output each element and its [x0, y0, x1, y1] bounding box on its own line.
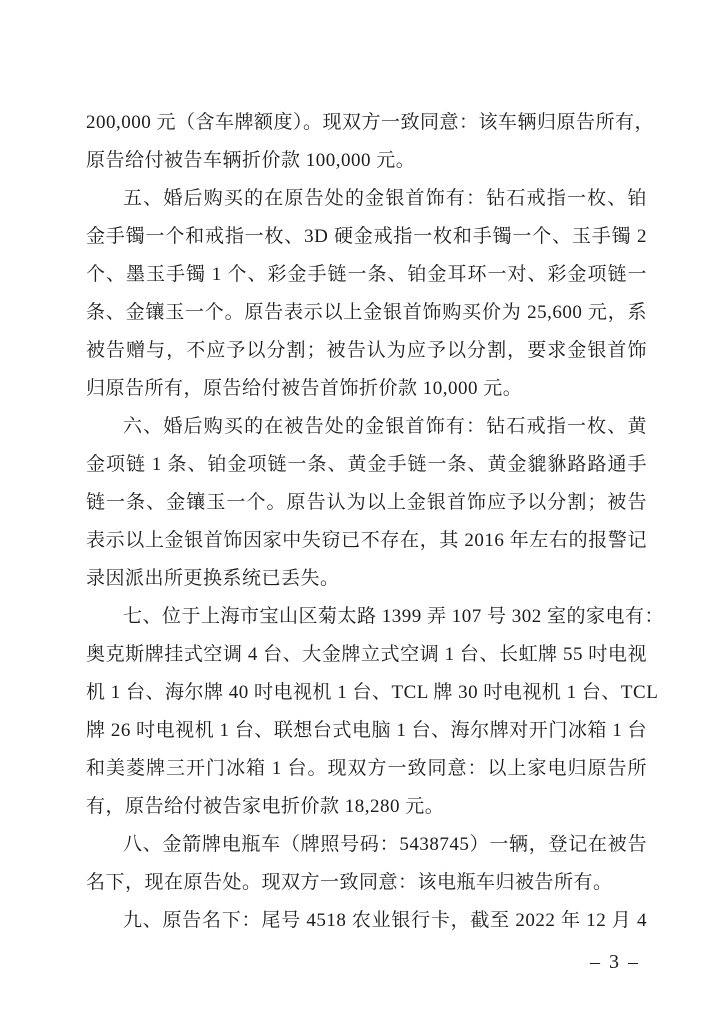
page-number: – 3 – — [590, 948, 640, 976]
document-page: 200,000 元（含车牌额度）。现双方一致同意：该车辆归原告所有， 原告给付被… — [0, 0, 724, 1024]
text-line: 和美菱牌三开门冰箱 1 台。现双方一致同意：以上家电归原告所 — [86, 750, 647, 788]
text-line: 被告赠与，不应予以分割；被告认为应予以分割，要求金银首饰 — [86, 332, 647, 370]
text-line: 九、原告名下：尾号 4518 农业银行卡，截至 2022 年 12 月 4 — [86, 902, 647, 940]
text-line: 七、位于上海市宝山区菊太路 1399 弄 107 号 302 室的家电有： — [86, 598, 647, 636]
text-line: 牌 26 吋电视机 1 台、联想台式电脑 1 台、海尔牌对开门冰箱 1 台 — [86, 712, 647, 750]
text-line: 五、婚后购买的在原告处的金银首饰有：钻石戒指一枚、铂 — [86, 180, 647, 218]
text-line: 链一条、金镶玉一个。原告认为以上金银首饰应予以分割；被告 — [86, 484, 647, 522]
text-line: 名下，现在原告处。现双方一致同意：该电瓶车归被告所有。 — [86, 864, 647, 902]
text-line: 录因派出所更换系统已丢失。 — [86, 560, 647, 598]
text-line: 200,000 元（含车牌额度）。现双方一致同意：该车辆归原告所有， — [86, 104, 647, 142]
text-line: 表示以上金银首饰因家中失窃已不存在，其 2016 年左右的报警记 — [86, 522, 647, 560]
text-line: 原告给付被告车辆折价款 100,000 元。 — [86, 142, 647, 180]
text-line: 金项链 1 条、铂金项链一条、黄金手链一条、黄金貔貅路路通手 — [86, 446, 647, 484]
text-line: 归原告所有，原告给付被告首饰折价款 10,000 元。 — [86, 370, 647, 408]
text-line: 奥克斯牌挂式空调 4 台、大金牌立式空调 1 台、长虹牌 55 吋电视 — [86, 636, 647, 674]
text-line: 条、金镶玉一个。原告表示以上金银首饰购买价为 25,600 元，系 — [86, 294, 647, 332]
text-line: 八、金箭牌电瓶车（牌照号码：5438745）一辆，登记在被告 — [86, 826, 647, 864]
document-text-block: 200,000 元（含车牌额度）。现双方一致同意：该车辆归原告所有， 原告给付被… — [86, 104, 647, 940]
text-line: 有，原告给付被告家电折价款 18,280 元。 — [86, 788, 647, 826]
text-line: 六、婚后购买的在被告处的金银首饰有：钻石戒指一枚、黄 — [86, 408, 647, 446]
text-line: 机 1 台、海尔牌 40 吋电视机 1 台、TCL 牌 30 吋电视机 1 台、… — [86, 674, 647, 712]
text-line: 个、墨玉手镯 1 个、彩金手链一条、铂金耳环一对、彩金项链一 — [86, 256, 647, 294]
text-line: 金手镯一个和戒指一枚、3D 硬金戒指一枚和手镯一个、玉手镯 2 — [86, 218, 647, 256]
